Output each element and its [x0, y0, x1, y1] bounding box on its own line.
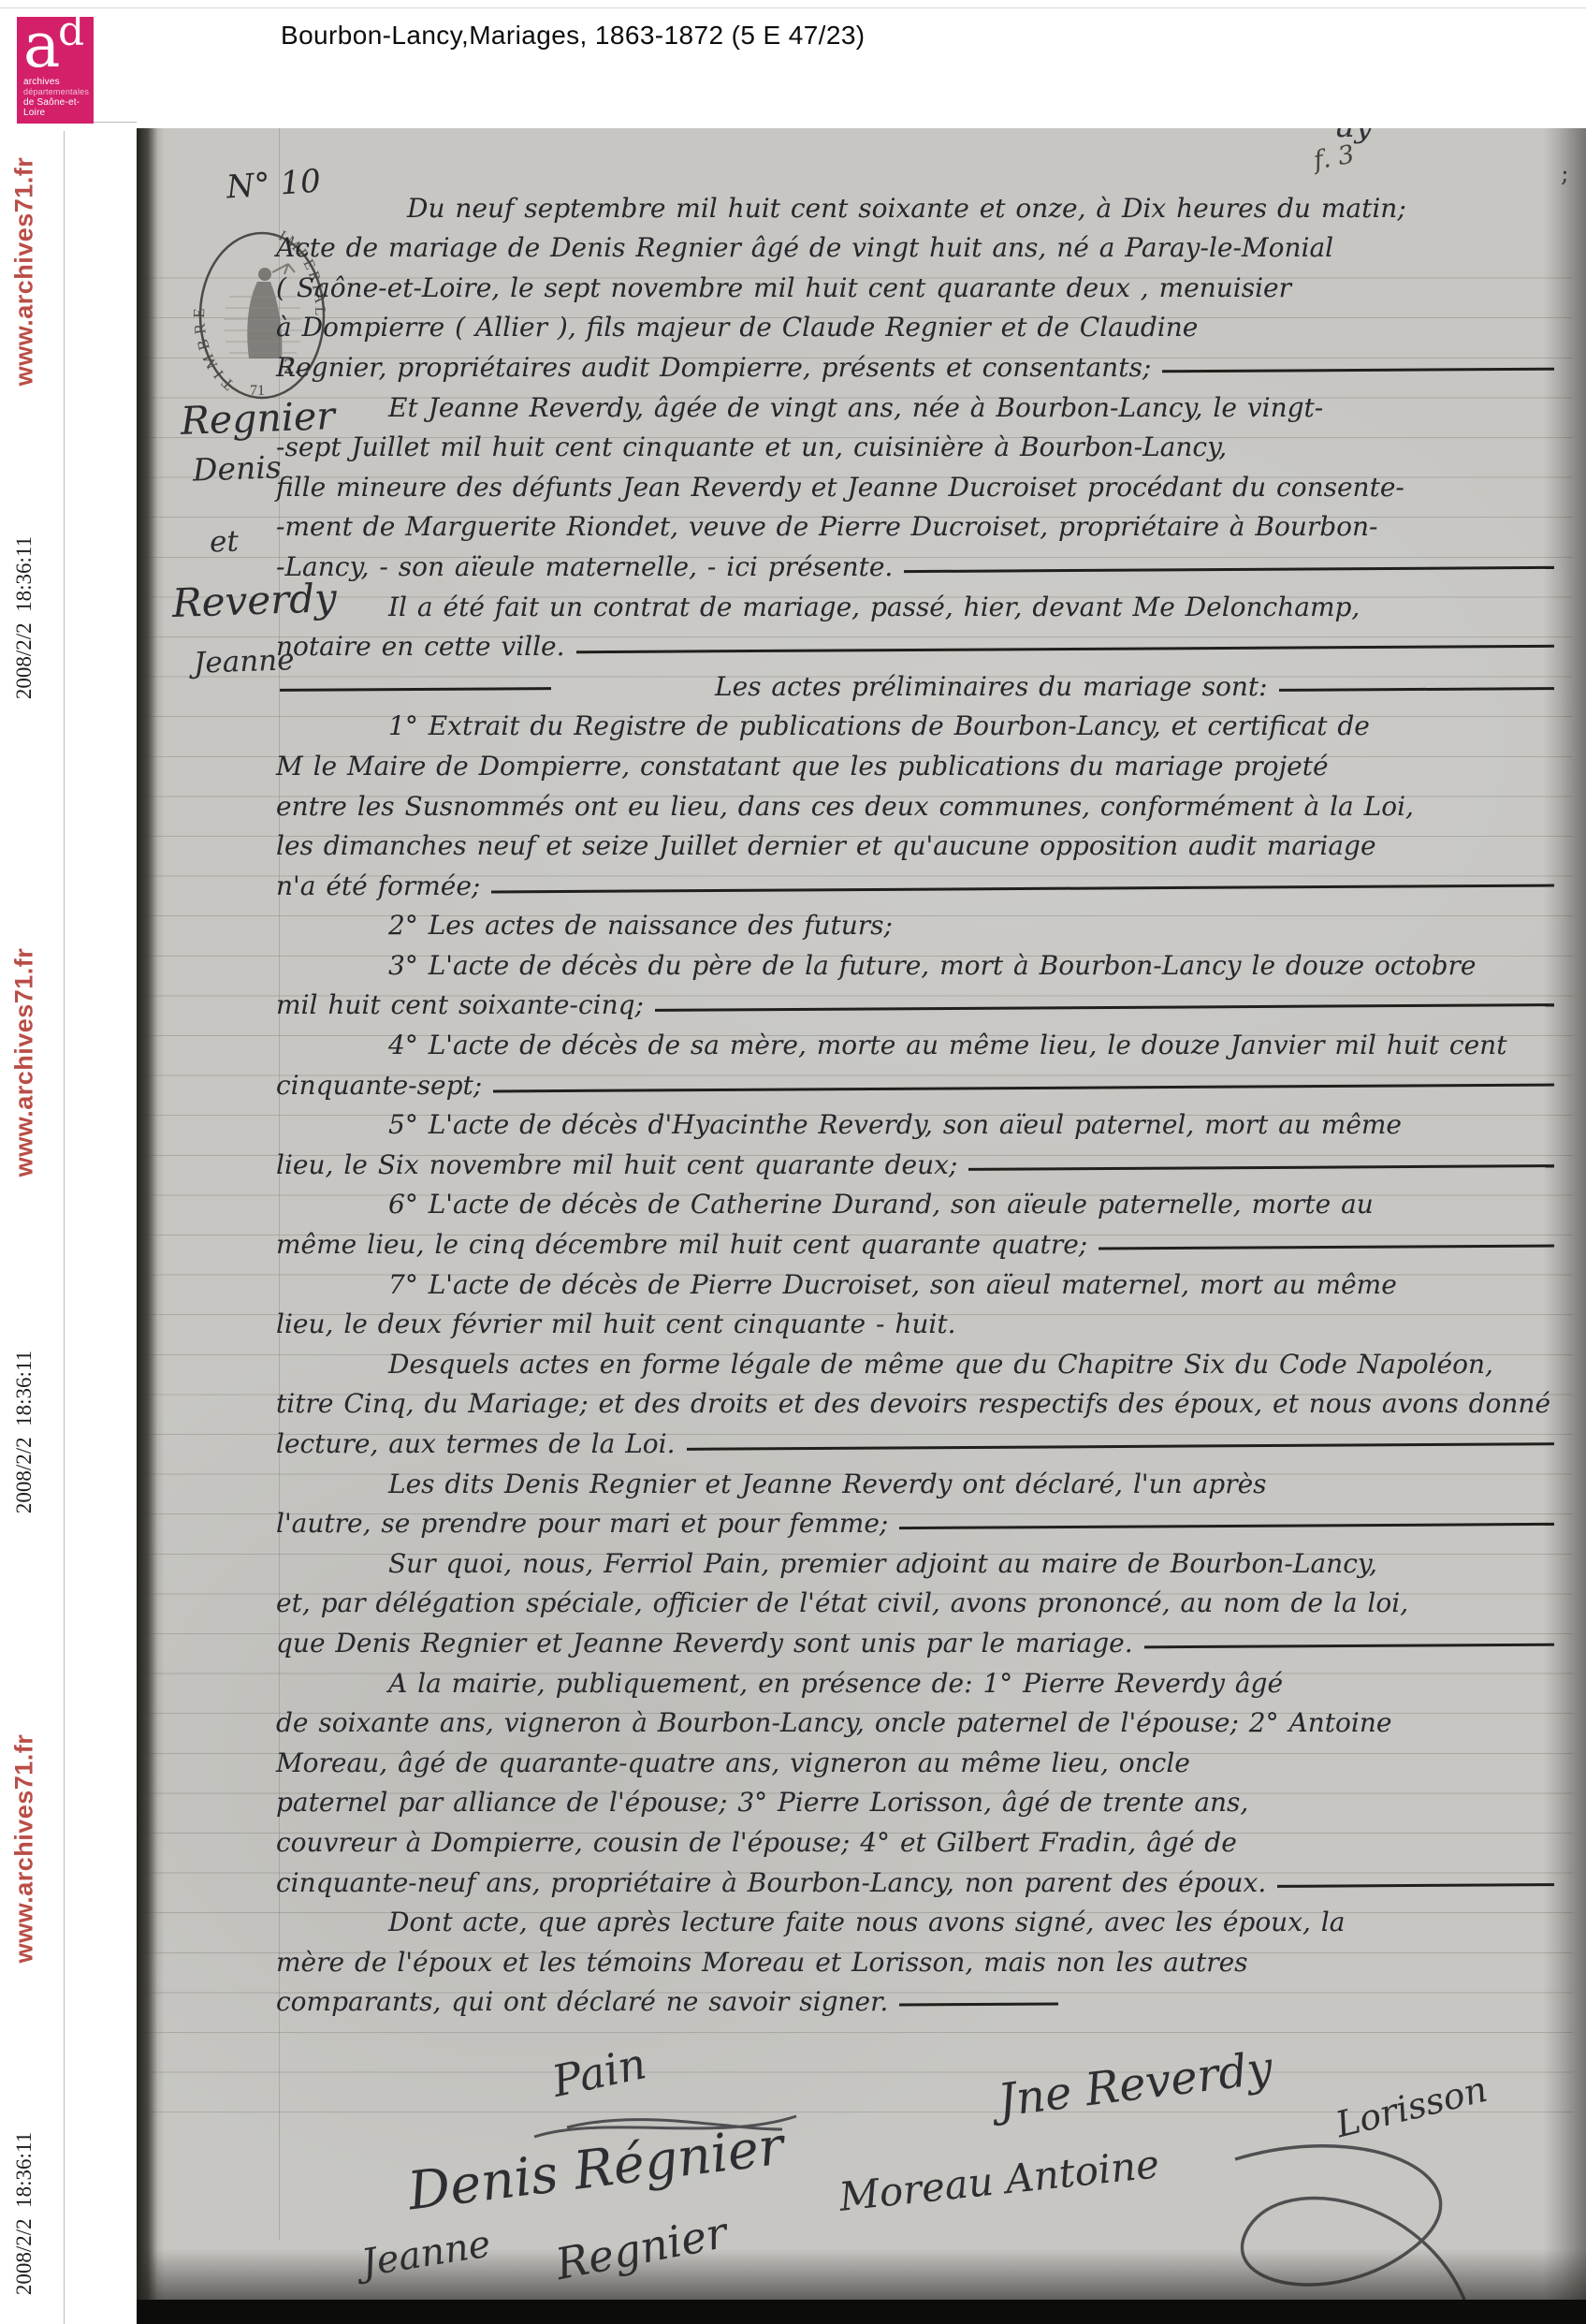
act-line: Sur quoi, nous, Ferriol Pain, premier ad…: [276, 1539, 1560, 1579]
act-line: couvreur à Dompierre, cousin de l'épouse…: [276, 1818, 1560, 1858]
act-line-text: lieu, le Six novembre mil huit cent quar…: [276, 1149, 957, 1180]
act-line-text: à Dompierre ( Allier ), fils majeur de C…: [276, 312, 1198, 343]
act-line-text: n'a été formée;: [276, 870, 480, 901]
pain-signature-flourish: [530, 2101, 810, 2148]
act-line: Acte de mariage de Denis Regnier âgé de …: [276, 224, 1560, 264]
act-line-text: Dont acte, que après lecture faite nous …: [388, 1907, 1345, 1937]
edge-ink-mark: ;: [1561, 160, 1569, 188]
act-line-text: Acte de mariage de Denis Regnier âgé de …: [276, 232, 1333, 263]
act-line-text: A la mairie, publiquement, en présence d…: [388, 1668, 1283, 1699]
act-line: que Denis Regnier et Jeanne Reverdy sont…: [276, 1618, 1560, 1659]
act-line: 4° L'acte de décès de sa mère, morte au …: [276, 1020, 1560, 1060]
act-line: Les actes préliminaires du mariage sont:: [276, 662, 1560, 702]
act-line-text: fille mineure des défunts Jean Reverdy e…: [276, 472, 1404, 503]
fill-rule: [899, 2003, 1058, 2007]
watermark: www.archives71.fr: [10, 1734, 39, 1964]
act-line: fille mineure des défunts Jean Reverdy e…: [276, 462, 1560, 503]
act-line-text: lecture, aux termes de la Loi.: [276, 1428, 676, 1459]
scan-bottom-shadow: [137, 2249, 1586, 2302]
svg-text:TIMBRE: TIMBRE: [192, 303, 238, 394]
margin-name: Denis: [192, 448, 282, 488]
act-line-text: 4° L'acte de décès de sa mère, morte au …: [388, 1030, 1506, 1060]
fill-rule: [1099, 1245, 1554, 1250]
act-line-text: 5° L'acte de décès d'Hyacinthe Reverdy, …: [388, 1109, 1402, 1140]
act-line: Desquels actes en forme légale de même q…: [276, 1339, 1560, 1380]
fill-rule: [655, 1004, 1554, 1013]
act-line-text: 2° Les actes de naissance des futurs;: [388, 910, 893, 941]
act-line: Et Jeanne Reverdy, âgée de vingt ans, né…: [276, 383, 1560, 423]
signature: Moreau Antoine: [837, 2141, 1161, 2220]
act-line-text: 3° L'acte de décès du père de la future,…: [388, 950, 1476, 981]
fill-rule: [899, 1523, 1554, 1529]
act-line-text: comparants, qui ont déclaré ne savoir si…: [276, 1986, 888, 2017]
act-line: l'autre, se prendre pour mari et pour fe…: [276, 1499, 1560, 1540]
act-line-text: cinquante-neuf ans, propriétaire à Bourb…: [276, 1867, 1266, 1898]
act-line: 3° L'acte de décès du père de la future,…: [276, 941, 1560, 981]
fill-rule: [968, 1164, 1554, 1171]
sidebar-rule: [64, 131, 65, 2324]
fill-rule: [687, 1442, 1554, 1451]
act-line-text: -Lancy, - son aïeule maternelle, - ici p…: [276, 551, 893, 582]
act-line-text: les dimanches neuf et seize Juillet dern…: [276, 830, 1376, 861]
act-line: 6° L'acte de décès de Catherine Durand, …: [276, 1180, 1560, 1220]
act-line-text: -ment de Marguerite Riondet, veuve de Pi…: [276, 511, 1378, 542]
fill-rule: [904, 566, 1554, 573]
stamp-left-text: TIMBRE: [192, 303, 238, 394]
act-line: -Lancy, - son aïeule maternelle, - ici p…: [276, 542, 1560, 582]
fill-rule: [1162, 368, 1554, 373]
fill-rule: [280, 687, 551, 692]
act-line-text: Il a été fait un contrat de mariage, pas…: [388, 592, 1360, 622]
document-scan: uy f. 3 ; N° 10: [137, 128, 1586, 2324]
act-line: notaire en cette ville.: [276, 622, 1560, 663]
act-line-text: cinquante-sept;: [276, 1070, 482, 1101]
act-line: n'a été formée;: [276, 861, 1560, 901]
act-line-text: mère de l'époux et les témoins Moreau et…: [276, 1947, 1248, 1978]
act-line: entre les Susnommés ont eu lieu, dans ce…: [276, 782, 1560, 822]
act-line: Dont acte, que après lecture faite nous …: [276, 1898, 1560, 1938]
act-line-text: de soixante ans, vigneron à Bourbon-Lanc…: [276, 1707, 1391, 1738]
act-line-text: Moreau, âgé de quarante-quatre ans, vign…: [276, 1747, 1190, 1778]
act-line: Les dits Denis Regnier et Jeanne Reverdy…: [276, 1459, 1560, 1499]
scan-bottom-edge: [137, 2300, 1586, 2324]
act-line: de soixante ans, vigneron à Bourbon-Lanc…: [276, 1699, 1560, 1739]
act-line: 1° Extrait du Registre de publications d…: [276, 702, 1560, 742]
act-line: lieu, le Six novembre mil huit cent quar…: [276, 1140, 1560, 1180]
fill-rule: [491, 884, 1554, 893]
fill-rule: [1144, 1644, 1554, 1649]
act-line-text: M le Maire de Dompierre, constatant que …: [276, 751, 1329, 782]
act-line-text: même lieu, le cinq décembre mil huit cen…: [276, 1229, 1087, 1260]
fill-rule: [1277, 1883, 1554, 1888]
act-line: Regnier, propriétaires audit Dompierre, …: [276, 343, 1560, 383]
fill-rule: [493, 1083, 1554, 1092]
act-line: ( Saône-et-Loire, le sept novembre mil h…: [276, 263, 1560, 303]
watermark: www.archives71.fr: [10, 157, 39, 387]
act-line-text: notaire en cette ville.: [276, 631, 565, 662]
act-line: Il a été fait un contrat de mariage, pas…: [276, 582, 1560, 622]
act-line-text: et, par délégation spéciale, officier de…: [276, 1587, 1408, 1618]
act-line: 5° L'acte de décès d'Hyacinthe Reverdy, …: [276, 1101, 1560, 1141]
folio-note: f. 3: [1312, 139, 1357, 175]
act-line-text: 1° Extrait du Registre de publications d…: [388, 710, 1370, 741]
act-line-text: -sept Juillet mil huit cent cinquante et…: [276, 431, 1227, 462]
act-line-text: Sur quoi, nous, Ferriol Pain, premier ad…: [388, 1548, 1377, 1579]
act-line-text: que Denis Regnier et Jeanne Reverdy sont…: [276, 1628, 1133, 1659]
page-title: Bourbon-Lancy,Mariages, 1863-1872 (5 E 4…: [281, 21, 866, 51]
act-line: Du neuf septembre mil huit cent soixante…: [276, 183, 1560, 224]
logo-rule: [94, 122, 137, 123]
act-line-text: couvreur à Dompierre, cousin de l'épouse…: [276, 1827, 1237, 1858]
act-line: lecture, aux termes de la Loi.: [276, 1419, 1560, 1459]
act-line: comparants, qui ont déclaré ne savoir si…: [276, 1978, 1560, 2018]
watermark: 2008/2/2 18:36:11: [12, 2132, 36, 2295]
act-line: paternel par alliance de l'épouse; 3° Pi…: [276, 1778, 1560, 1819]
act-line: à Dompierre ( Allier ), fils majeur de C…: [276, 303, 1560, 343]
watermark: 2008/2/2 18:36:11: [12, 1351, 36, 1513]
book-gutter-shadow: [137, 128, 165, 2324]
act-line-text: Les dits Denis Regnier et Jeanne Reverdy…: [388, 1469, 1267, 1499]
act-line: cinquante-sept;: [276, 1060, 1560, 1101]
act-line-text: Les actes préliminaires du mariage sont:: [715, 671, 1268, 702]
margin-name: et: [209, 524, 239, 559]
act-line-text: 6° L'acte de décès de Catherine Durand, …: [388, 1189, 1374, 1220]
act-line: 2° Les actes de naissance des futurs;: [276, 901, 1560, 942]
act-line: Moreau, âgé de quarante-quatre ans, vign…: [276, 1738, 1560, 1778]
act-line: -ment de Marguerite Riondet, veuve de Pi…: [276, 503, 1560, 543]
act-line: cinquante-neuf ans, propriétaire à Bourb…: [276, 1858, 1560, 1898]
archive-scan-page: a d archivesdépartementalesde Saône-et-L…: [0, 0, 1586, 2324]
act-line: 7° L'acte de décès de Pierre Ducroiset, …: [276, 1260, 1560, 1300]
act-line-text: entre les Susnommés ont eu lieu, dans ce…: [276, 791, 1414, 822]
watermark: www.archives71.fr: [10, 948, 39, 1177]
act-line-text: paternel par alliance de l'épouse; 3° Pi…: [276, 1787, 1248, 1818]
act-line: titre Cinq, du Mariage; et des droits et…: [276, 1380, 1560, 1420]
act-line: M le Maire de Dompierre, constatant que …: [276, 741, 1560, 782]
act-line: A la mairie, publiquement, en présence d…: [276, 1659, 1560, 1699]
act-line: mil huit cent soixante-cinq;: [276, 981, 1560, 1021]
act-line-text: mil huit cent soixante-cinq;: [276, 989, 644, 1020]
act-line-text: 7° L'acte de décès de Pierre Ducroiset, …: [388, 1269, 1397, 1300]
act-line-text: Regnier, propriétaires audit Dompierre, …: [276, 352, 1151, 383]
sidebar-watermarks: www.archives71.fr2008/2/2 18:36:11www.ar…: [0, 0, 64, 2324]
act-line: et, par délégation spéciale, officier de…: [276, 1579, 1560, 1619]
act-line-text: Et Jeanne Reverdy, âgée de vingt ans, né…: [388, 392, 1323, 423]
act-line: -sept Juillet mil huit cent cinquante et…: [276, 423, 1560, 463]
act-line: même lieu, le cinq décembre mil huit cen…: [276, 1220, 1560, 1260]
act-line-text: titre Cinq, du Mariage; et des droits et…: [276, 1388, 1550, 1419]
act-line-text: Desquels actes en forme légale de même q…: [388, 1349, 1493, 1380]
act-line-text: l'autre, se prendre pour mari et pour fe…: [276, 1508, 888, 1539]
act-line-text: lieu, le deux février mil huit cent cinq…: [276, 1308, 956, 1339]
watermark: 2008/2/2 18:36:11: [12, 536, 36, 699]
act-line-text: ( Saône-et-Loire, le sept novembre mil h…: [276, 272, 1291, 303]
act-body: Du neuf septembre mil huit cent soixante…: [276, 183, 1560, 2017]
act-line: mère de l'époux et les témoins Moreau et…: [276, 1937, 1560, 1978]
act-line-text: Du neuf septembre mil huit cent soixante…: [407, 193, 1406, 224]
fill-rule: [1279, 687, 1554, 692]
act-line: lieu, le deux février mil huit cent cinq…: [276, 1300, 1560, 1340]
act-line: les dimanches neuf et seize Juillet dern…: [276, 822, 1560, 862]
fill-rule: [576, 645, 1554, 653]
top-divider: [0, 7, 1586, 8]
